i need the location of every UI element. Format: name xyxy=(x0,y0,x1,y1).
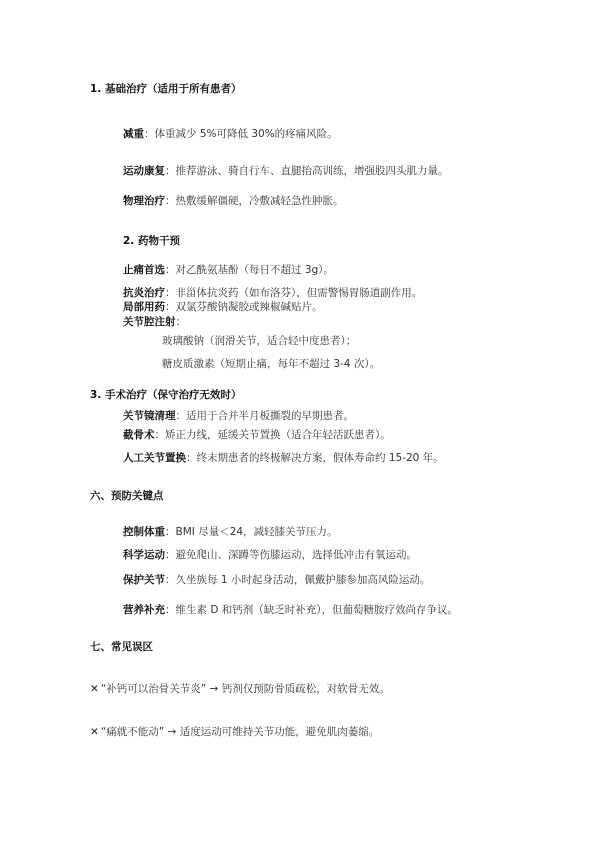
item-text: ：终末期患者的终极解决方案，假体寿命约 15-20 年。 xyxy=(186,452,444,464)
item-label: 控制体重 xyxy=(123,526,165,538)
item-text: ：推荐游泳、骑自行车、直腿抬高训练，增强股四头肌力量。 xyxy=(165,165,449,177)
list-item-anti-inflammatory: 抗炎治疗：非甾体抗炎药（如布洛芬），但需警惕胃肠道副作用。 xyxy=(123,286,422,300)
item-label: 截骨术 xyxy=(123,429,155,441)
item-label: 运动康复 xyxy=(123,165,165,177)
item-text: ：维生素 D 和钙剂（缺乏时补充），但葡萄糖胺疗效尚存争议。 xyxy=(165,604,458,616)
item-text: ：避免爬山、深蹲等伤膝运动，选择低冲击有氧运动。 xyxy=(165,549,417,561)
section-heading-basic-treatment: 1. 基础治疗（适用于所有患者） xyxy=(90,82,241,96)
list-item-topical: 局部用药：双氯芬酸钠凝胶或辣椒碱贴片。 xyxy=(123,300,323,314)
sub-item-corticosteroid: 糖皮质激素（短期止痛，每年不超过 3-4 次）。 xyxy=(162,357,380,371)
myth-correction: 适度运动可维持关节功能，避免肌肉萎缩。 xyxy=(180,726,380,738)
item-text: ：适用于合并半月板撕裂的早期患者。 xyxy=(176,410,355,422)
item-label: 减重 xyxy=(123,128,144,140)
myth-correction: 钙剂仅预防骨质疏松，对软骨无效。 xyxy=(222,683,390,695)
item-text: ： xyxy=(176,316,187,328)
list-item-physical-therapy: 物理治疗：热敷缓解僵硬，冷敷减轻急性肿胀。 xyxy=(123,194,344,208)
item-text: ：非甾体抗炎药（如布洛芬），但需警惕胃肠道副作用。 xyxy=(165,287,422,299)
myth-quote: “痛就不能动” xyxy=(101,726,164,738)
item-label: 保护关节 xyxy=(123,574,165,586)
myth-item-pain-no-move: ✕“痛就不能动” → 适度运动可维持关节功能，避免肌肉萎缩。 xyxy=(90,725,379,739)
item-label: 关节腔注射 xyxy=(123,316,176,328)
item-label: 止痛首选 xyxy=(123,264,165,276)
item-text: ：BMI 尽量＜24，减轻膝关节压力。 xyxy=(165,526,338,538)
item-text: ：体重减少 5%可降低 30%的疼痛风险。 xyxy=(144,128,338,140)
cross-icon: ✕ xyxy=(90,726,99,738)
list-item-scientific-exercise: 科学运动：避免爬山、深蹲等伤膝运动，选择低冲击有氧运动。 xyxy=(123,548,417,562)
arrow-icon: → xyxy=(168,726,177,738)
list-item-arthroscopy: 关节镜清理：适用于合并半月板撕裂的早期患者。 xyxy=(123,409,354,423)
cross-icon: ✕ xyxy=(90,683,99,695)
item-label: 抗炎治疗 xyxy=(123,287,165,299)
arrow-icon: → xyxy=(210,683,219,695)
myth-quote: “补钙可以治骨关节炎” xyxy=(101,683,206,695)
item-text: ：久坐族每 1 小时起身活动，佩戴护膝参加高风险运动。 xyxy=(165,574,430,586)
sub-item-hyaluronate: 玻璃酸钠（润滑关节，适合轻中度患者）； xyxy=(162,334,356,348)
list-item-pain-relief: 止痛首选：对乙酰氨基酚（每日不超过 3g）。 xyxy=(123,263,334,277)
item-text: ：双氯芬酸钠凝胶或辣椒碱贴片。 xyxy=(165,301,323,313)
list-item-osteotomy: 截骨术：矫正力线，延缓关节置换（适合年轻活跃患者）。 xyxy=(123,428,391,442)
list-item-joint-protection: 保护关节：久坐族每 1 小时起身活动，佩戴护膝参加高风险运动。 xyxy=(123,573,430,587)
item-text: ：热敷缓解僵硬，冷敷减轻急性肿胀。 xyxy=(165,195,344,207)
item-text: ：对乙酰氨基酚（每日不超过 3g）。 xyxy=(165,264,334,276)
section-heading-misconceptions: 七、常见误区 xyxy=(90,640,153,654)
item-label: 营养补充 xyxy=(123,604,165,616)
list-item-injection: 关节腔注射： xyxy=(123,315,186,329)
section-heading-medication: 2. 药物干预 xyxy=(123,234,180,248)
myth-item-calcium: ✕“补钙可以治骨关节炎” → 钙剂仅预防骨质疏松，对软骨无效。 xyxy=(90,682,390,696)
item-label: 物理治疗 xyxy=(123,195,165,207)
item-label: 人工关节置换 xyxy=(123,452,186,464)
item-label: 局部用药 xyxy=(123,301,165,313)
list-item-weight-control: 控制体重：BMI 尽量＜24，减轻膝关节压力。 xyxy=(123,525,338,539)
section-heading-prevention: 六、预防关键点 xyxy=(90,489,164,503)
list-item-exercise-rehab: 运动康复：推荐游泳、骑自行车、直腿抬高训练，增强股四头肌力量。 xyxy=(123,164,449,178)
section-heading-surgery: 3. 手术治疗（保守治疗无效时） xyxy=(90,388,241,402)
list-item-nutrition: 营养补充：维生素 D 和钙剂（缺乏时补充），但葡萄糖胺疗效尚存争议。 xyxy=(123,603,458,617)
list-item-joint-replacement: 人工关节置换：终末期患者的终极解决方案，假体寿命约 15-20 年。 xyxy=(123,451,444,465)
list-item-weight-loss: 减重：体重减少 5%可降低 30%的疼痛风险。 xyxy=(123,127,338,141)
item-label: 科学运动 xyxy=(123,549,165,561)
item-label: 关节镜清理 xyxy=(123,410,176,422)
item-text: ：矫正力线，延缓关节置换（适合年轻活跃患者）。 xyxy=(155,429,391,441)
